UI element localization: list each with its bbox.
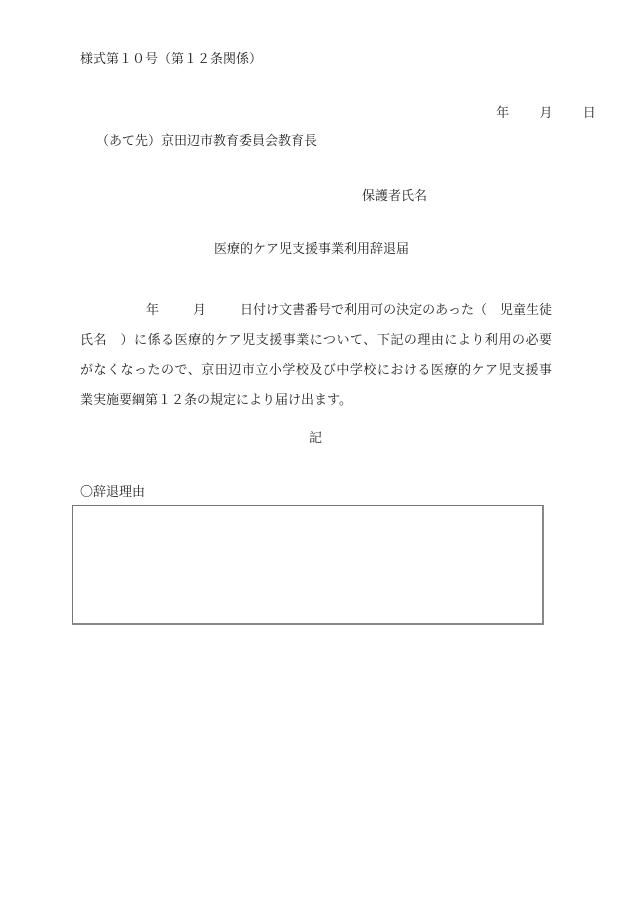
reason-box[interactable] [72, 505, 544, 625]
body-line-1-rest: 日付け文書番号で利用可の決定のあった（ 児童生徒 [240, 303, 552, 318]
month-label: 月 [539, 107, 552, 120]
ki-heading: 記 [309, 432, 322, 445]
reason-label: 〇辞退理由 [80, 486, 145, 499]
body-year-label: 年 [146, 303, 159, 318]
date-line: 年 月 日 [470, 107, 596, 120]
body-paragraph: 年月日付け文書番号で利用可の決定のあった（ 児童生徒 氏名 ）に係る医療的ケア児… [80, 296, 552, 416]
body-line-2: 氏名 ）に係る医療的ケア児支援事業について、下記の理由により利用の必要 [80, 326, 552, 356]
body-line-1: 年月日付け文書番号で利用可の決定のあった（ 児童生徒 [80, 296, 552, 326]
year-label: 年 [496, 107, 509, 120]
body-line-3: がなくなったので、京田辺市立小学校及び中学校における医療的ケア児支援事 [80, 356, 552, 386]
guardian-name-label: 保護者氏名 [362, 190, 427, 203]
body-line-4: 業実施要綱第１２条の規定により届け出ます。 [80, 386, 552, 416]
body-month-label: 月 [193, 303, 206, 318]
addressee: （あて先）京田辺市教育委員会教育長 [96, 135, 317, 148]
document-title: 医療的ケア児支援事業利用辞退届 [214, 243, 409, 256]
day-label: 日 [583, 107, 596, 120]
form-number: 様式第１０号（第１２条関係） [80, 53, 262, 66]
